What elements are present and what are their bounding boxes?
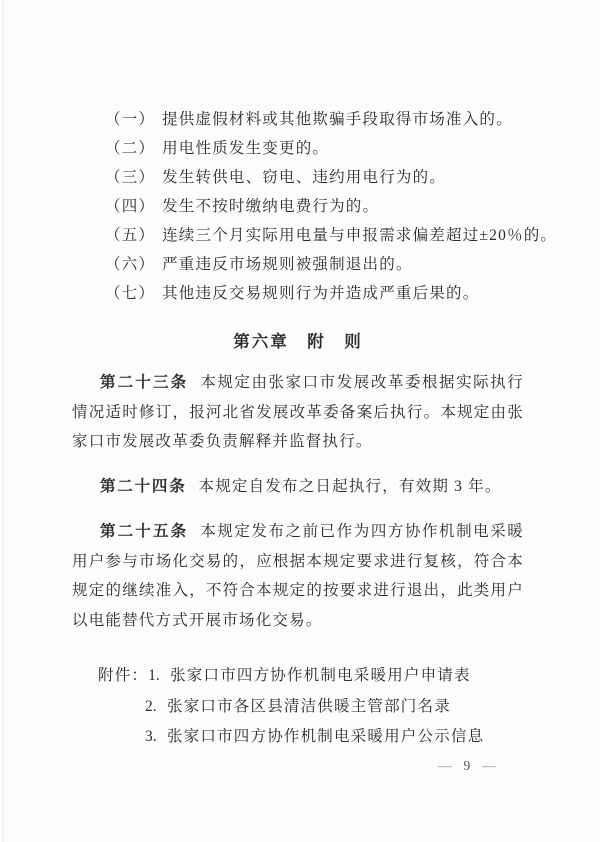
attachment-number: 1. bbox=[148, 661, 170, 692]
scan-edge-artifact bbox=[3, 0, 4, 842]
numbered-clause-list: （一）提供虚假材料或其他欺骗手段取得市场准入的。 （二）用电性质发生变更的。 （… bbox=[72, 105, 524, 308]
list-item: （三）发生转供电、窃电、违约用电行为的。 bbox=[72, 163, 524, 192]
list-item-label: （一） bbox=[105, 111, 155, 128]
page-number-right-dash: — bbox=[482, 758, 496, 774]
attachment-text: 张家口市四方协作机制电采暖用户申请表 bbox=[170, 661, 471, 692]
article-25: 第二十五条本规定发布之前已作为四方协作机制电采暖用户参与市场化交易的，应根据本规… bbox=[72, 517, 524, 635]
page-number-value: 9 bbox=[464, 758, 471, 774]
list-item-label: （七） bbox=[105, 285, 155, 302]
attachment-text: 张家口市四方协作机制电采暖用户公示信息 bbox=[167, 722, 484, 753]
list-item-label: （三） bbox=[105, 169, 155, 186]
attachment-item: 附件： 1. 张家口市四方协作机制电采暖用户申请表 bbox=[98, 661, 524, 692]
attachment-item: 3. 张家口市四方协作机制电采暖用户公示信息 bbox=[145, 722, 524, 753]
document-page: （一）提供虚假材料或其他欺骗手段取得市场准入的。 （二）用电性质发生变更的。 （… bbox=[0, 0, 600, 842]
list-item-text: 发生不按时缴纳电费行为的。 bbox=[162, 198, 379, 215]
attachment-text: 张家口市各区县清洁供暖主管部门名录 bbox=[167, 692, 451, 723]
attachments-label: 附件： bbox=[98, 661, 148, 692]
article-number: 第二十三条 bbox=[100, 374, 188, 391]
list-item-label: （二） bbox=[105, 140, 155, 157]
attachments-list: 附件： 1. 张家口市四方协作机制电采暖用户申请表 2. 张家口市各区县清洁供暖… bbox=[72, 661, 524, 753]
list-item-label: （六） bbox=[105, 256, 155, 273]
attachment-number: 3. bbox=[145, 722, 167, 753]
list-item-label: （五） bbox=[105, 227, 155, 244]
list-item-label: （四） bbox=[105, 198, 155, 215]
page-content: （一）提供虚假材料或其他欺骗手段取得市场准入的。 （二）用电性质发生变更的。 （… bbox=[72, 105, 524, 753]
list-item-text: 提供虚假材料或其他欺骗手段取得市场准入的。 bbox=[162, 111, 513, 128]
list-item-text: 连续三个月实际用电量与申报需求偏差超过±20％的。 bbox=[162, 227, 557, 244]
article-number: 第二十四条 bbox=[100, 478, 187, 495]
list-item: （六）严重违反市场规则被强制退出的。 bbox=[72, 250, 524, 279]
attachment-number: 2. bbox=[145, 692, 167, 723]
list-item: （一）提供虚假材料或其他欺骗手段取得市场准入的。 bbox=[72, 105, 524, 134]
list-item-text: 发生转供电、窃电、违约用电行为的。 bbox=[162, 169, 446, 186]
list-item-text: 用电性质发生变更的。 bbox=[162, 140, 329, 157]
article-text: 本规定自发布之日起执行，有效期 3 年。 bbox=[199, 478, 502, 495]
list-item: （七）其他违反交易规则行为并造成严重后果的。 bbox=[72, 279, 524, 308]
page-number-left-dash: — bbox=[438, 758, 452, 774]
list-item: （五）连续三个月实际用电量与申报需求偏差超过±20％的。 bbox=[72, 221, 524, 250]
article-number: 第二十五条 bbox=[100, 523, 188, 540]
article-23: 第二十三条本规定由张家口市发展改革委根据实际执行情况适时修订，报河北省发展改革委… bbox=[72, 368, 524, 457]
list-item: （二）用电性质发生变更的。 bbox=[72, 134, 524, 163]
list-item-text: 严重违反市场规则被强制退出的。 bbox=[162, 256, 413, 273]
chapter-heading: 第六章 附 则 bbox=[72, 327, 524, 356]
attachment-item: 2. 张家口市各区县清洁供暖主管部门名录 bbox=[145, 692, 524, 723]
list-item-text: 其他违反交易规则行为并造成严重后果的。 bbox=[162, 285, 479, 302]
article-24: 第二十四条本规定自发布之日起执行，有效期 3 年。 bbox=[72, 472, 524, 502]
list-item: （四）发生不按时缴纳电费行为的。 bbox=[72, 192, 524, 221]
page-number: — 9 — bbox=[438, 758, 496, 774]
